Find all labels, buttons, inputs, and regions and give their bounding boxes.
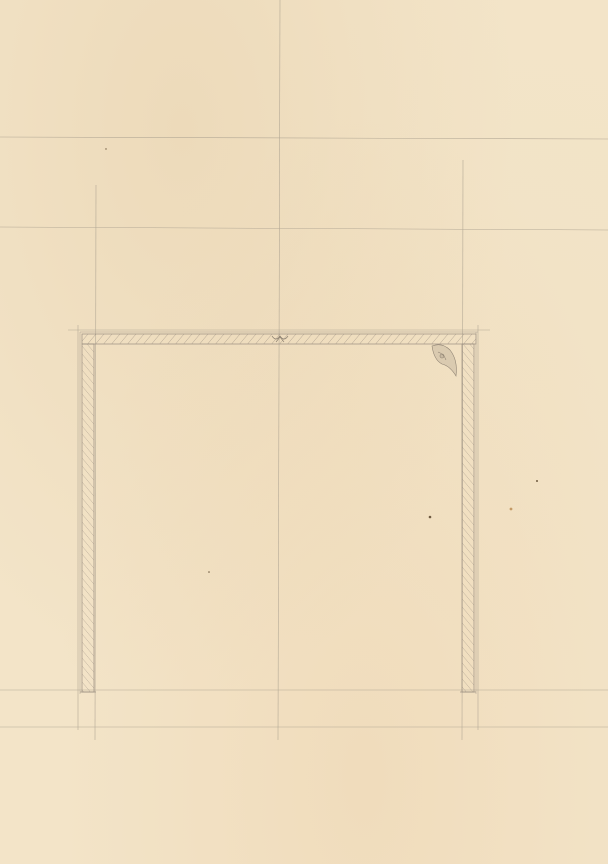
paper-sheet [0, 0, 608, 864]
corner-bracket-ornament [432, 345, 456, 376]
pencil-drawing [0, 0, 608, 864]
